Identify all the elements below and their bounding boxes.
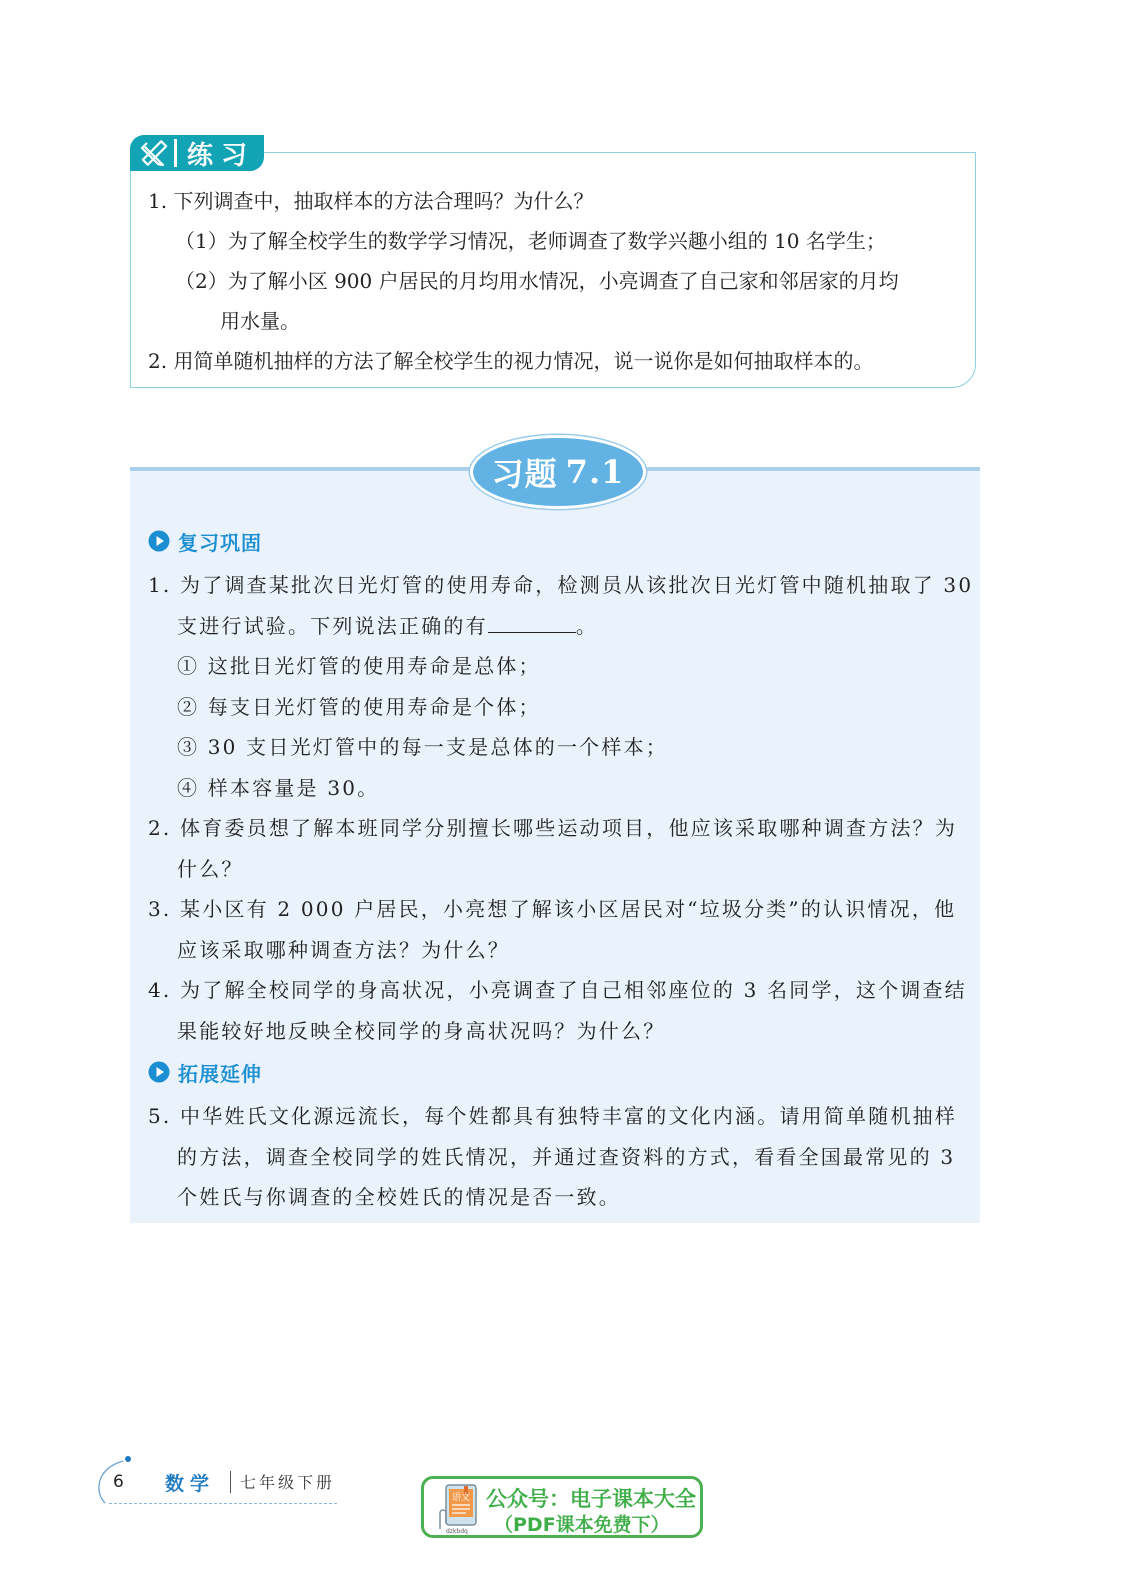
footer-arc-decoration (93, 1455, 163, 1505)
practice-question-2: 2. 用简单随机抽样的方法了解全校学生的视力情况，说一说你是如何抽取样本的。 (148, 341, 968, 381)
exercise-badge: 习题 7.1 (470, 435, 646, 509)
practice-box: 练习 1. 下列调查中，抽取样本的方法合理吗？为什么？ （1）为了解全校学生的数… (130, 135, 978, 389)
practice-subquestion-2-cont: 用水量。 (148, 301, 968, 341)
practice-title: 练习 (187, 135, 255, 172)
question-4-line-1: 4. 为了解全校同学的身高状况，小亮调查了自己相邻座位的 3 名同学，这个调查结 (148, 970, 978, 1011)
exercise-badge-label: 习题 (492, 449, 558, 495)
play-circle-icon (148, 530, 170, 552)
practice-subquestion-1: （1）为了解全校学生的数学学习情况，老师调查了数学兴趣小组的 10 名学生； (148, 221, 968, 261)
practice-tab: 练习 (130, 135, 264, 171)
watermark-line-1: 公众号：电子课本大全 (486, 1483, 696, 1513)
question-5-line-1: 5. 中华姓氏文化源远流长，每个姓都具有独特丰富的文化内涵。请用简单随机抽样 (148, 1096, 978, 1137)
footer-dotted-line (109, 1503, 337, 1504)
review-questions: 1. 为了调查某批次日光灯管的使用寿命，检测员从该批次日光灯管中随机抽取了 30… (148, 565, 978, 1051)
section-heading-extension: 拓展延伸 (148, 1057, 262, 1087)
section-heading-review: 复习巩固 (148, 526, 262, 556)
book-grade: 七年级下册 (240, 1470, 335, 1493)
svg-text:dzkbdq: dzkbdq (446, 1528, 468, 1535)
question-1-option-1: ① 这批日光灯管的使用寿命是总体； (148, 646, 978, 687)
footer-separator (230, 1471, 231, 1493)
exercise-section: 习题 7.1 复习巩固 1. 为了调查某批次日光灯管的使用寿命，检测员从该批次日… (130, 467, 980, 1223)
practice-body: 1. 下列调查中，抽取样本的方法合理吗？为什么？ （1）为了解全校学生的数学学习… (148, 181, 968, 381)
svg-text:语文: 语文 (452, 1491, 470, 1503)
tablet-book-icon: 语文 dzkbdq (434, 1483, 482, 1535)
question-1-line-2: 支进行试验。下列说法正确的有。 (148, 606, 978, 647)
page-number: 6 (113, 1472, 124, 1492)
page-footer: 6 数学 七年级下册 (93, 1455, 343, 1510)
question-5-line-2: 的方法，调查全校同学的姓氏情况，并通过查资料的方式，看看全国最常见的 3 (148, 1137, 978, 1178)
question-3-line-2: 应该采取哪种调查方法？为什么？ (148, 930, 978, 971)
question-4-line-2: 果能较好地反映全校同学的身高状况吗？为什么？ (148, 1011, 978, 1052)
watermark-banner: 语文 dzkbdq 公众号：电子课本大全 （PDF课本免费下） (421, 1476, 703, 1538)
question-5-line-3: 个姓氏与你调查的全校姓氏的情况是否一致。 (148, 1177, 978, 1218)
extension-questions: 5. 中华姓氏文化源远流长，每个姓都具有独特丰富的文化内涵。请用简单随机抽样 的… (148, 1096, 978, 1218)
watermark-line-2: （PDF课本免费下） (494, 1510, 670, 1537)
question-2-line-2: 什么？ (148, 849, 978, 890)
tab-separator (174, 139, 177, 167)
question-1-option-3: ③ 30 支日光灯管中的每一支是总体的一个样本； (148, 727, 978, 768)
play-circle-icon (148, 1061, 170, 1083)
answer-blank[interactable] (488, 610, 576, 633)
book-subject: 数学 (165, 1469, 215, 1496)
question-1-option-4: ④ 样本容量是 30。 (148, 768, 978, 809)
question-1-option-2: ② 每支日光灯管的使用寿命是个体； (148, 687, 978, 728)
question-3-line-1: 3. 某小区有 2 000 户居民，小亮想了解该小区居民对“垃圾分类”的认识情况… (148, 889, 978, 930)
practice-subquestion-2: （2）为了解小区 900 户居民的月均用水情况，小亮调查了自己家和邻居家的月均 (148, 261, 968, 301)
practice-question-1: 1. 下列调查中，抽取样本的方法合理吗？为什么？ (148, 181, 968, 221)
exercise-badge-number: 7.1 (566, 453, 625, 491)
question-2-line-1: 2. 体育委员想了解本班同学分别擅长哪些运动项目，他应该采取哪种调查方法？为 (148, 808, 978, 849)
question-1-line-1: 1. 为了调查某批次日光灯管的使用寿命，检测员从该批次日光灯管中随机抽取了 30 (148, 565, 978, 606)
pencil-ruler-icon (138, 138, 168, 168)
